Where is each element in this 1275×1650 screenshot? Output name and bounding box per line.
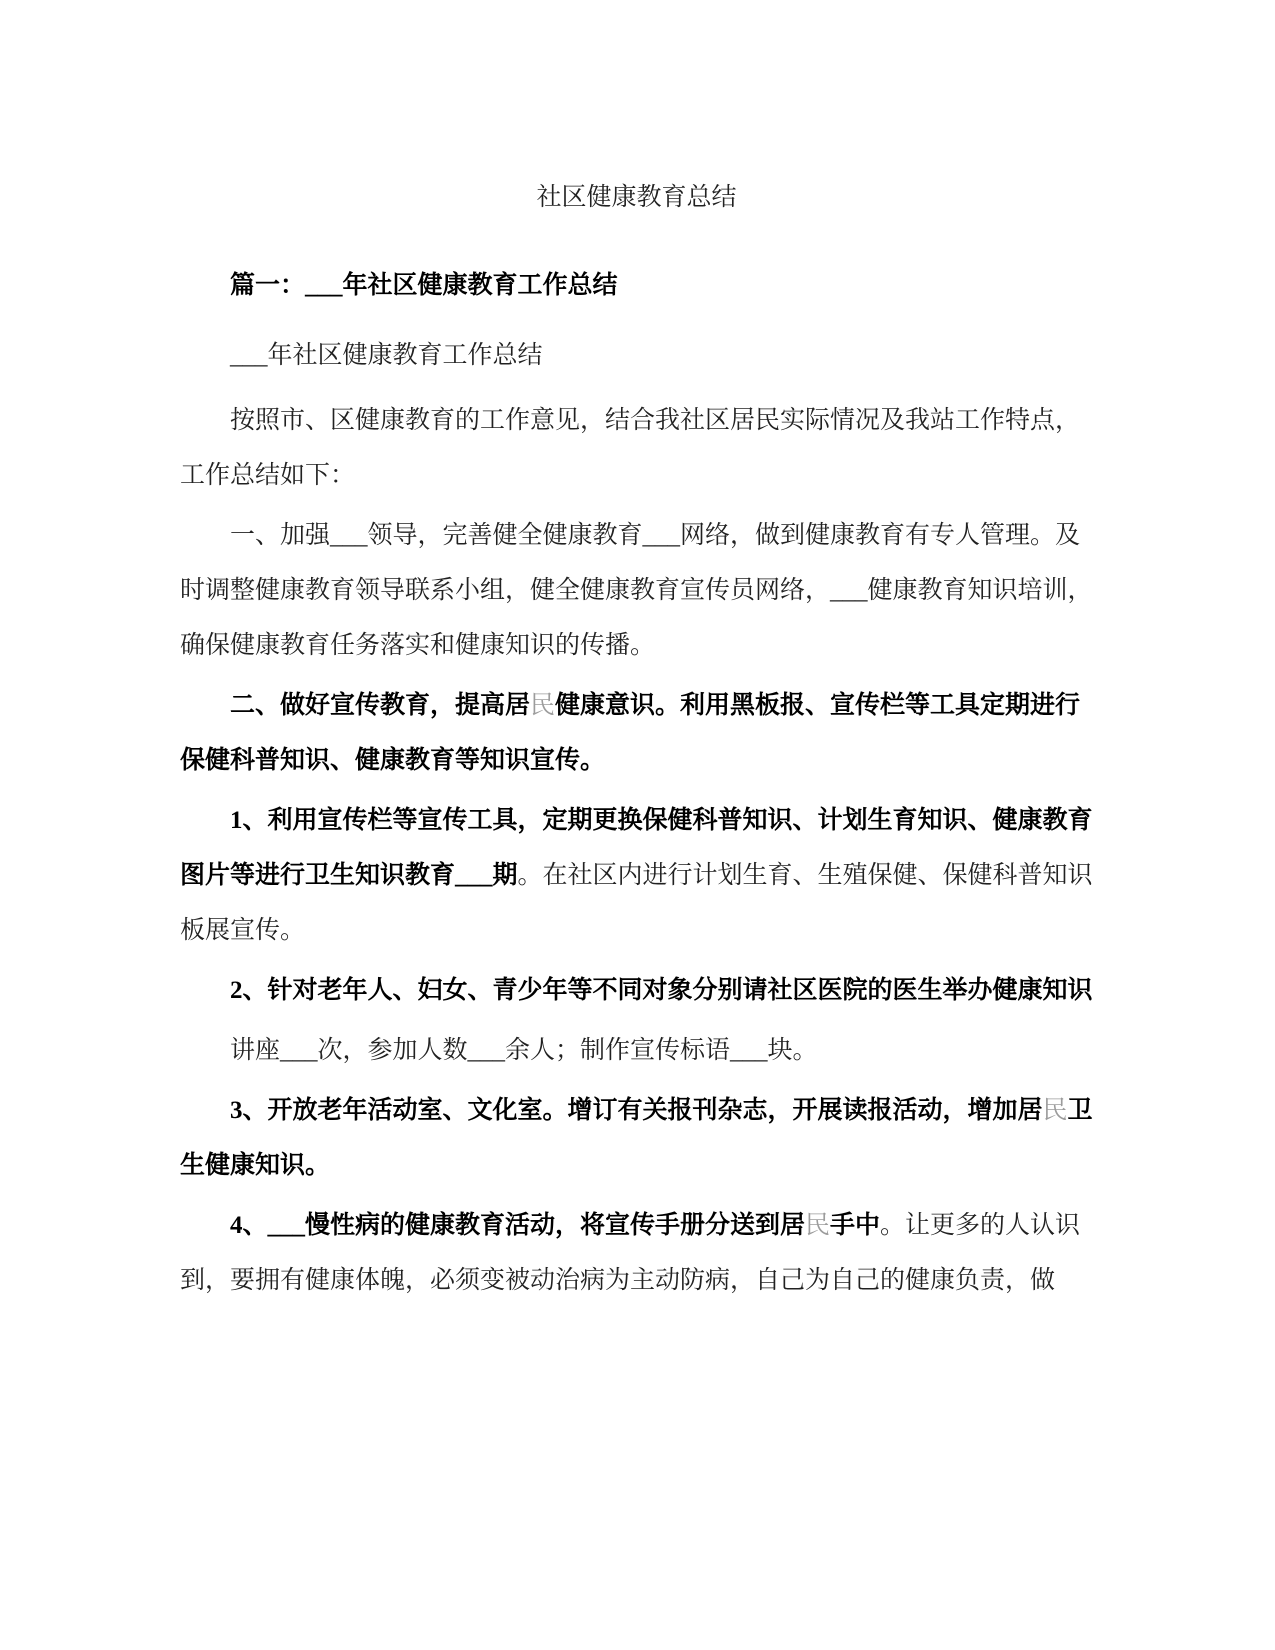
paragraph: 篇一：___年社区健康教育工作总结 (180, 258, 1093, 313)
document-page: 社区健康教育总结 篇一：___年社区健康教育工作总结___年社区健康教育工作总结… (0, 0, 1275, 1650)
paragraph: 1、利用宣传栏等宣传工具，定期更换保健科普知识、计划生育知识、健康教育图片等进行… (180, 793, 1093, 958)
paragraph: ___年社区健康教育工作总结 (180, 328, 1093, 383)
muted-glyph-run: 民 (530, 692, 555, 719)
document-body: 篇一：___年社区健康教育工作总结___年社区健康教育工作总结按照市、区健康教育… (180, 258, 1093, 1308)
text-run: 4、___慢性病的健康教育活动，将宣传手册分送到居 (230, 1212, 805, 1239)
paragraph: 4、___慢性病的健康教育活动，将宣传手册分送到居民手中。让更多的人认识到，要拥… (180, 1198, 1093, 1308)
text-run: ___年社区健康教育工作总结 (230, 342, 543, 369)
text-run: 手中 (830, 1212, 880, 1239)
text-run: 2、针对老年人、妇女、青少年等不同对象分别请社区医院的医生举办健康知识 (230, 977, 1093, 1004)
document-title: 社区健康教育总结 (180, 170, 1093, 225)
paragraph: 讲座___次，参加人数___余人；制作宣传标语___块。 (180, 1023, 1093, 1078)
paragraph: 2、针对老年人、妇女、青少年等不同对象分别请社区医院的医生举办健康知识 (180, 963, 1093, 1018)
paragraph: 二、做好宣传教育，提高居民健康意识。利用黑板报、宣传栏等工具定期进行保健科普知识… (180, 678, 1093, 788)
paragraph: 3、开放老年活动室、文化室。增订有关报刊杂志，开展读报活动，增加居民卫生健康知识… (180, 1083, 1093, 1193)
text-run: 二、做好宣传教育，提高居 (230, 692, 530, 719)
text-run: 讲座___次，参加人数___余人；制作宣传标语___块。 (230, 1037, 818, 1064)
text-run: 篇一：___年社区健康教育工作总结 (230, 272, 618, 299)
text-run: 一、加强___领导，完善健全健康教育___网络，做到健康教育有专人管理。及时调整… (180, 522, 1093, 659)
muted-glyph-run: 民 (1043, 1097, 1068, 1124)
muted-glyph-run: 民 (805, 1212, 830, 1239)
text-run: 3、开放老年活动室、文化室。增订有关报刊杂志，开展读报活动，增加居 (230, 1097, 1043, 1124)
paragraph: 一、加强___领导，完善健全健康教育___网络，做到健康教育有专人管理。及时调整… (180, 508, 1093, 673)
paragraph: 按照市、区健康教育的工作意见，结合我社区居民实际情况及我站工作特点，工作总结如下… (180, 393, 1093, 503)
text-run: 按照市、区健康教育的工作意见，结合我社区居民实际情况及我站工作特点，工作总结如下… (180, 407, 1080, 489)
